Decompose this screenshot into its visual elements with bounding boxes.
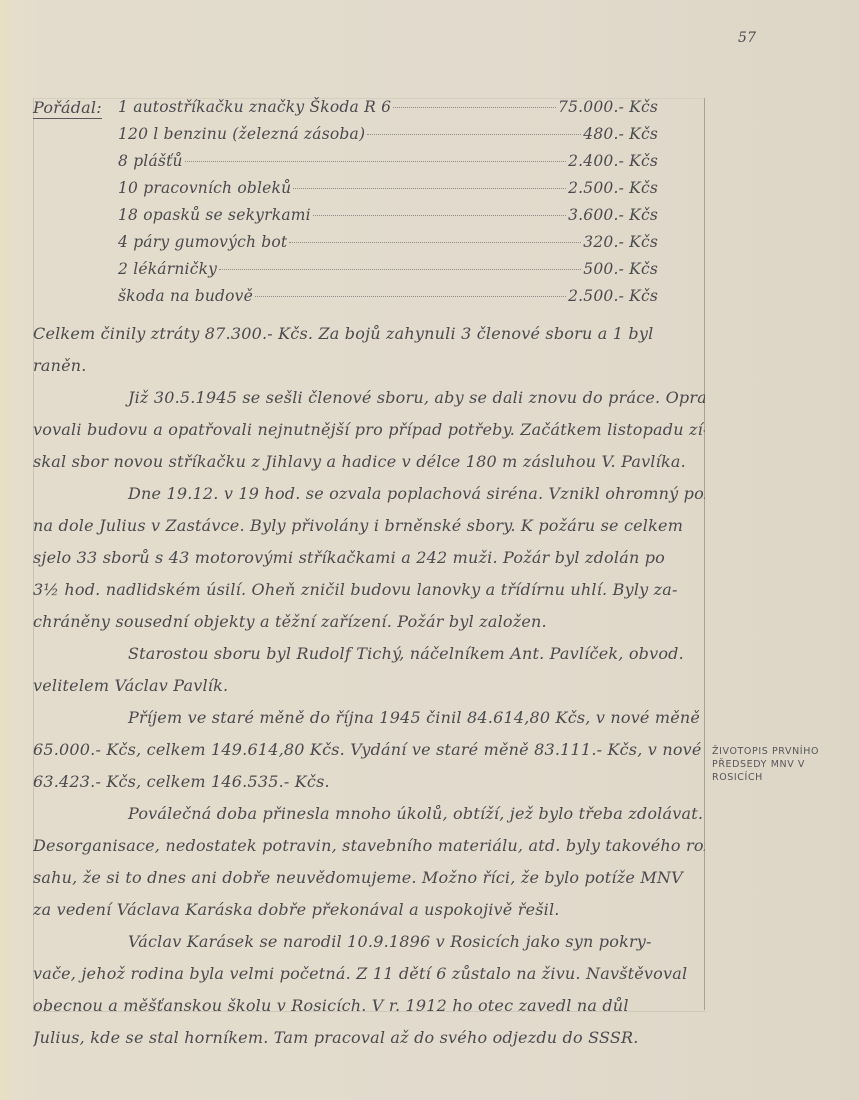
item-description: škoda na budově [118,287,253,305]
inventory-item: 2 lékárničky 500.- Kčs [118,260,658,287]
text-line: 3½ hod. nadlidském úsilí. Oheň zničil bu… [33,574,705,606]
dot-leader [219,269,581,270]
item-amount: 75.000.- Kčs [558,98,658,116]
inventory-item: 18 opasků se sekyrkami 3.600.- Kčs [118,206,658,233]
inventory-item: 10 pracovních obleků 2.500.- Kčs [118,179,658,206]
document-page: 57 Pořádal: 1 autostříkačku značky Škoda… [0,0,859,1100]
text-line: na dole Julius v Zastávce. Byly přivolán… [33,510,705,542]
margin-note-line: ŽIVOTOPIS PRVNÍHO [712,745,857,758]
item-amount: 500.- Kčs [583,260,658,278]
paragraph-start-line: Příjem ve staré měně do října 1945 činil… [33,702,705,734]
dot-leader [255,296,566,297]
body-text: Celkem činily ztráty 87.300.- Kčs. Za bo… [33,318,705,1054]
item-description: 1 autostříkačku značky Škoda R 6 [118,98,391,116]
dot-leader [293,188,566,189]
text-line: vače, jehož rodina byla velmi početná. Z… [33,958,705,990]
text-line: sjelo 33 sborů s 43 motorovými stříkačka… [33,542,705,574]
item-amount: 2.500.- Kčs [568,287,658,305]
item-description: 2 lékárničky [118,260,217,278]
paragraph-start-line: Starostou sboru byl Rudolf Tichý, náčeln… [33,638,705,670]
dot-leader [313,215,566,216]
item-amount: 3.600.- Kčs [568,206,658,224]
text-line: obecnou a měšťanskou školu v Rosicích. V… [33,990,705,1022]
text-line: vovali budovu a opatřovali nejnutnější p… [33,414,705,446]
text-line: velitelem Václav Pavlík. [33,670,705,702]
margin-note-line: PŘEDSEDY MNV V ROSICÍCH [712,758,857,784]
text-line: chráněny sousední objekty a těžní zaříze… [33,606,705,638]
item-description: 8 plášťů [118,152,183,170]
inventory-item: 1 autostříkačku značky Škoda R 6 75.000.… [118,98,658,125]
text-line: Julius, kde se stal horníkem. Tam pracov… [33,1022,705,1054]
paragraph-start-line: Václav Karásek se narodil 10.9.1896 v Ro… [33,926,705,958]
dot-leader [367,134,581,135]
inventory-label: Pořádal: [33,98,102,119]
dot-leader [185,161,566,162]
item-amount: 2.500.- Kčs [568,179,658,197]
item-amount: 320.- Kčs [583,233,658,251]
inventory-item: 8 plášťů 2.400.- Kčs [118,152,658,179]
text-line: 63.423.- Kčs, celkem 146.535.- Kčs. [33,766,705,798]
dot-leader [289,242,581,243]
text-line: Desorganisace, nedostatek potravin, stav… [33,830,705,862]
text-line: skal sbor novou stříkačku z Jihlavy a ha… [33,446,705,478]
text-line: Celkem činily ztráty 87.300.- Kčs. Za bo… [33,318,705,350]
paragraph-start-line: Dne 19.12. v 19 hod. se ozvala poplachov… [33,478,705,510]
item-description: 120 l benzinu (železná zásoba) [118,125,365,143]
inventory-item: 120 l benzinu (železná zásoba) 480.- Kčs [118,125,658,152]
page-number: 57 [738,30,756,46]
dot-leader [393,107,556,108]
paragraph-start-line: Poválečná doba přinesla mnoho úkolů, obt… [33,798,705,830]
item-amount: 2.400.- Kčs [568,152,658,170]
text-line: sahu, že si to dnes ani dobře neuvědomuj… [33,862,705,894]
text-line: raněn. [33,350,705,382]
paragraph-start-line: Již 30.5.1945 se sešli členové sboru, ab… [33,382,705,414]
item-description: 10 pracovních obleků [118,179,291,197]
inventory-item: 4 páry gumových bot 320.- Kčs [118,233,658,260]
text-line: za vedení Václava Karáska dobře překonáv… [33,894,705,926]
item-description: 18 opasků se sekyrkami [118,206,311,224]
item-amount: 480.- Kčs [583,125,658,143]
text-line: 65.000.- Kčs, celkem 149.614,80 Kčs. Vyd… [33,734,705,766]
inventory-list: 1 autostříkačku značky Škoda R 6 75.000.… [118,98,658,314]
inventory-item: škoda na budově 2.500.- Kčs [118,287,658,314]
margin-note: ŽIVOTOPIS PRVNÍHO PŘEDSEDY MNV V ROSICÍC… [712,745,857,784]
item-description: 4 páry gumových bot [118,233,287,251]
